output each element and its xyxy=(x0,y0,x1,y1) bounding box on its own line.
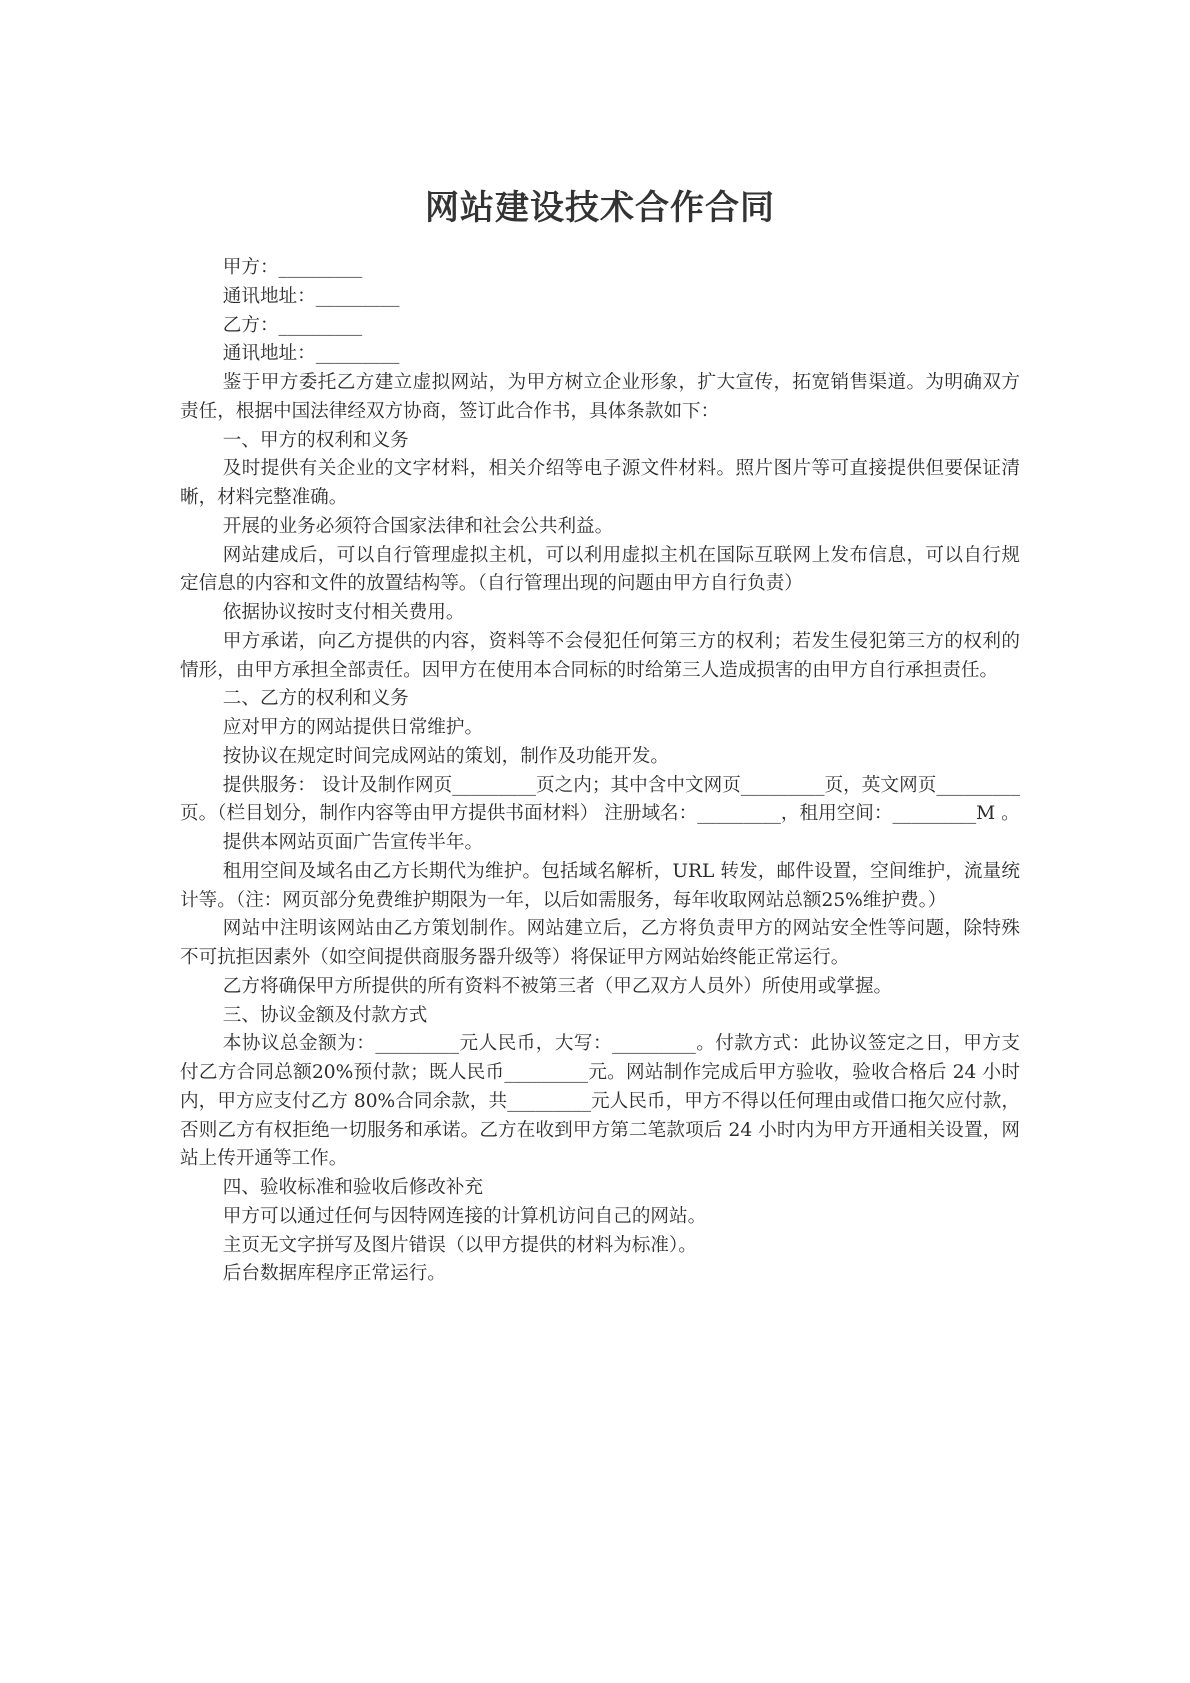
clause-paragraph: 开展的业务必须符合国家法律和社会公共利益。 xyxy=(180,513,1020,542)
party-a-line: 甲方：_________ xyxy=(180,254,1020,283)
clause-paragraph: 甲方可以通过任何与因特网连接的计算机访问自己的网站。 xyxy=(180,1203,1020,1232)
clause-paragraph: 按协议在规定时间完成网站的策划，制作及功能开发。 xyxy=(180,743,1020,772)
section-heading-2: 二、乙方的权利和义务 xyxy=(180,685,1020,714)
clause-paragraph: 提供本网站页面广告宣传半年。 xyxy=(180,829,1020,858)
clause-paragraph: 提供服务： 设计及制作网页_________页之内；其中含中文网页_______… xyxy=(180,772,1020,830)
clause-paragraph: 应对甲方的网站提供日常维护。 xyxy=(180,714,1020,743)
document-title: 网站建设技术合作合同 xyxy=(180,186,1020,230)
clause-paragraph: 后台数据库程序正常运行。 xyxy=(180,1260,1020,1289)
preamble-paragraph: 鉴于甲方委托乙方建立虚拟网站，为甲方树立企业形象，扩大宣传，拓宽销售渠道。为明确… xyxy=(180,369,1020,427)
party-a-address-line: 通讯地址：_________ xyxy=(180,283,1020,312)
clause-paragraph: 依据协议按时支付相关费用。 xyxy=(180,599,1020,628)
document-body: 甲方：_________ 通讯地址：_________ 乙方：_________… xyxy=(180,254,1020,1289)
section-heading-1: 一、甲方的权利和义务 xyxy=(180,427,1020,456)
clause-paragraph: 及时提供有关企业的文字材料，相关介绍等电子源文件材料。照片图片等可直接提供但要保… xyxy=(180,455,1020,513)
clause-paragraph: 主页无文字拼写及图片错误（以甲方提供的材料为标准）。 xyxy=(180,1232,1020,1261)
section-heading-3: 三、协议金额及付款方式 xyxy=(180,1002,1020,1031)
party-b-address-line: 通讯地址：_________ xyxy=(180,340,1020,369)
clause-paragraph: 网站建成后，可以自行管理虚拟主机，可以利用虚拟主机在国际互联网上发布信息，可以自… xyxy=(180,542,1020,600)
clause-paragraph: 乙方将确保甲方所提供的所有资料不被第三者（甲乙双方人员外）所使用或掌握。 xyxy=(180,973,1020,1002)
party-b-line: 乙方：_________ xyxy=(180,312,1020,341)
section-heading-4: 四、验收标准和验收后修改补充 xyxy=(180,1174,1020,1203)
clause-paragraph: 租用空间及域名由乙方长期代为维护。包括域名解析，URL 转发，邮件设置，空间维护… xyxy=(180,858,1020,916)
clause-paragraph: 本协议总金额为：_________元人民币，大写：_________。付款方式：… xyxy=(180,1030,1020,1174)
clause-paragraph: 网站中注明该网站由乙方策划制作。网站建立后，乙方将负责甲方的网站安全性等问题，除… xyxy=(180,915,1020,973)
clause-paragraph: 甲方承诺，向乙方提供的内容，资料等不会侵犯任何第三方的权利；若发生侵犯第三方的权… xyxy=(180,628,1020,686)
